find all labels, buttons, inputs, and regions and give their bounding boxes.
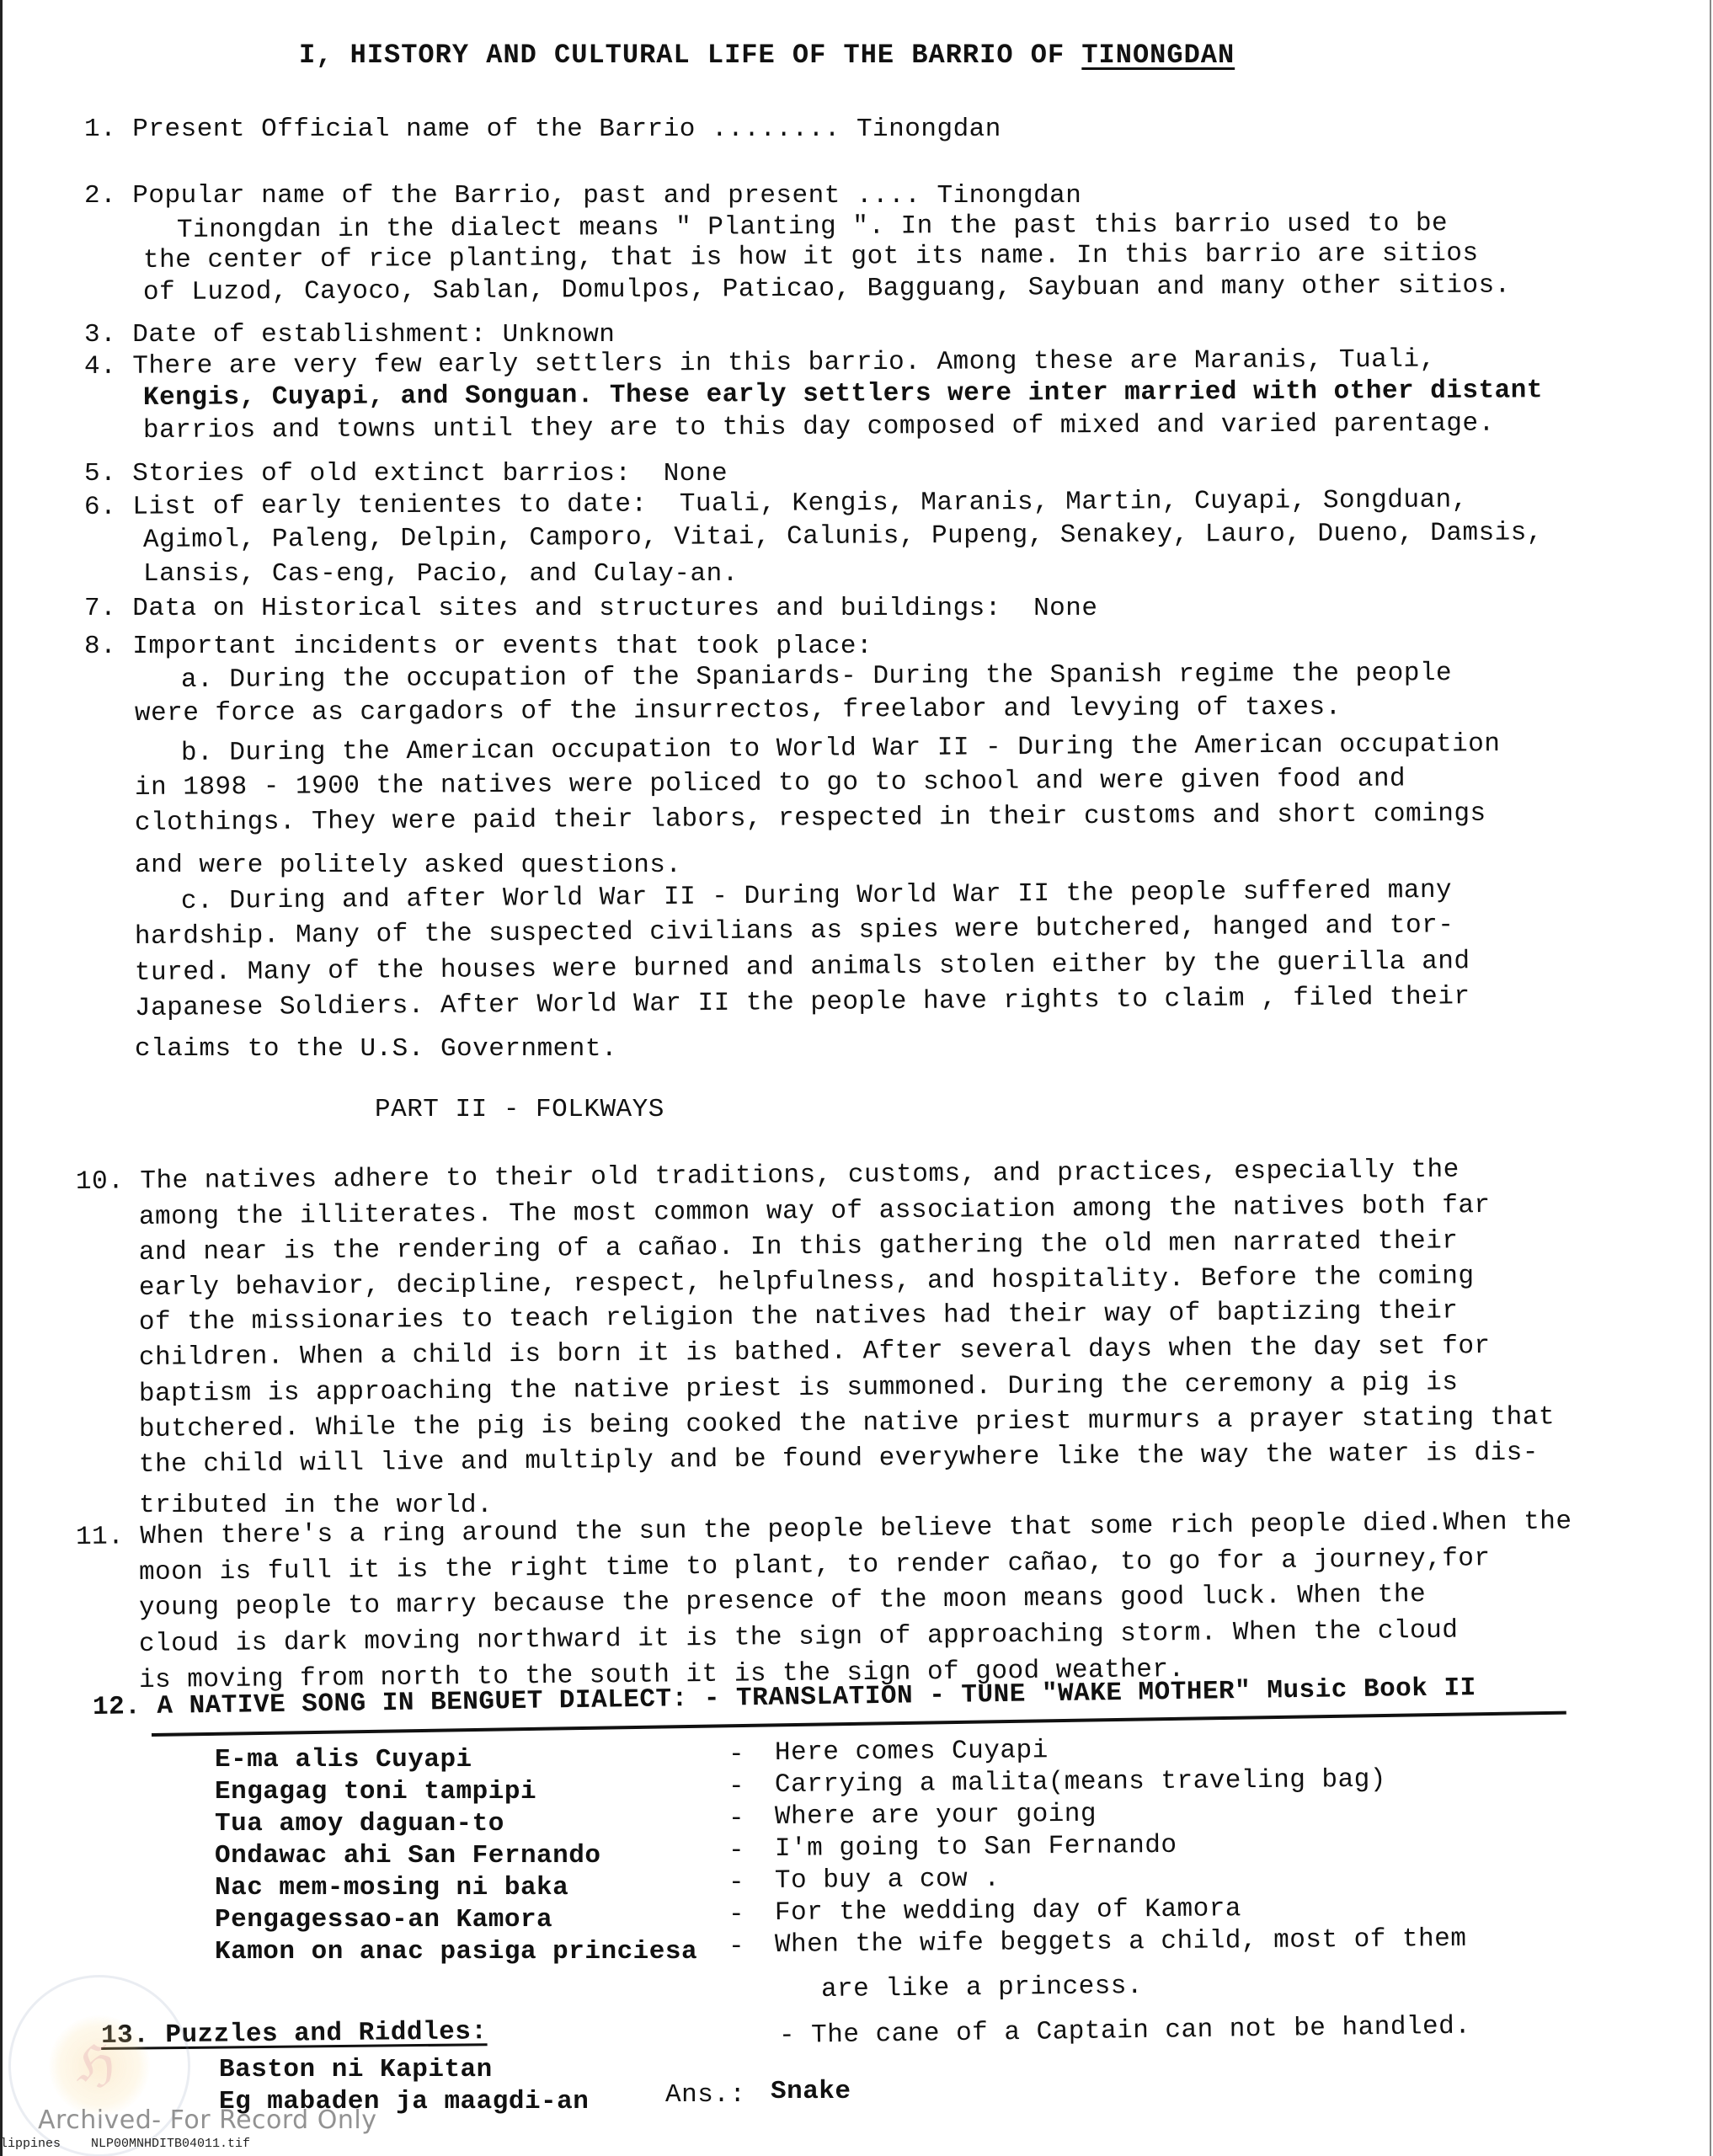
item-8b-line: b. During the American occupation to Wor… xyxy=(181,729,1501,769)
song-translation-continuation: are like a princess. xyxy=(821,1972,1143,2005)
song-dash: - xyxy=(728,1932,744,1962)
item-10-line: 10. The natives adhere to their old trad… xyxy=(76,1155,1460,1198)
song-translation-line: Where are your going xyxy=(775,1800,1097,1833)
song-translation-line: For the wedding day of Kamora xyxy=(775,1894,1241,1929)
archive-watermark: Archived- For Record Only xyxy=(38,2105,376,2135)
song-translation-line: I'm going to San Fernando xyxy=(775,1831,1177,1865)
document-title: I, HISTORY AND CULTURAL LIFE OF THE BARR… xyxy=(299,40,1235,71)
item-8b-line: clothings. They were paid their labors, … xyxy=(135,799,1486,839)
item-8b-line: and were politely asked questions. xyxy=(135,851,682,881)
item-8c-line: c. During and after World War II - Durin… xyxy=(181,876,1452,917)
item-7: 7. Data on Historical sites and structur… xyxy=(84,594,1098,624)
song-dash: - xyxy=(728,1836,744,1866)
song-dash: - xyxy=(728,1804,744,1834)
barrio-name: TINONGDAN xyxy=(1081,40,1235,71)
song-translation-line: To buy a cow . xyxy=(775,1865,1001,1897)
song-translation-line: Carrying a malita(means traveling bag) xyxy=(775,1765,1386,1801)
item-8c-line: hardship. Many of the suspected civilian… xyxy=(135,910,1454,953)
scan-footer: lippines NLP00MNHDITB04011.tif xyxy=(0,2137,250,2151)
song-translation-line: Here comes Cuyapi xyxy=(775,1736,1049,1769)
item-10-line: the child will live and multiply and be … xyxy=(139,1438,1539,1481)
item-5: 5. Stories of old extinct barrios: None xyxy=(84,459,728,489)
item-8b-line: in 1898 - 1900 the natives were policed … xyxy=(135,764,1406,803)
item-8c-line: claims to the U.S. Government. xyxy=(135,1034,617,1065)
item-1: 1. Present Official name of the Barrio .… xyxy=(84,115,1001,145)
item-11-line: cloud is dark moving northward it is the… xyxy=(139,1616,1459,1660)
item-10-line: of the missionaries to teach religion th… xyxy=(139,1296,1459,1338)
song-dash: - xyxy=(728,1740,744,1770)
riddle-answer: Snake xyxy=(771,2077,851,2107)
item-6-line: 6. List of early tenientes to date: Tual… xyxy=(84,485,1468,523)
item-4-line: Kengis, Cuyapi, and Songuan. These early… xyxy=(143,376,1543,414)
song-native-line: Engagag toni tampipi xyxy=(215,1777,536,1807)
item-2-line: the center of rice planting, that is how… xyxy=(143,239,1479,276)
item-10-line: baptism is approaching the native priest… xyxy=(139,1368,1459,1410)
song-native-line: Ondawac ahi San Fernando xyxy=(215,1841,600,1871)
item-2-line: of Luzod, Cayoco, Sablan, Domulpos, Pati… xyxy=(143,270,1511,308)
song-native-line: Pengagessao-an Kamora xyxy=(215,1905,552,1935)
riddle-line-1: Baston ni Kapitan xyxy=(219,2055,493,2085)
song-native-line: Kamon on anac pasiga princiesa xyxy=(215,1937,697,1967)
song-dash: - xyxy=(728,1868,744,1898)
item-10-line: butchered. While the pig is being cooked… xyxy=(139,1402,1555,1445)
item-8a-line: were force as cargadors of the insurrect… xyxy=(135,692,1342,729)
riddle-answer-label: Ans.: xyxy=(665,2080,746,2111)
item-3: 3. Date of establishment: Unknown xyxy=(84,320,615,350)
song-dash: - xyxy=(728,1900,744,1930)
item-4-line: barrios and towns until they are to this… xyxy=(143,409,1495,446)
footer-filename: NLP00MNHDITB04011.tif xyxy=(91,2137,250,2151)
item-10-line: tributed in the world. xyxy=(139,1491,493,1521)
song-native-line: E-ma alis Cuyapi xyxy=(215,1745,472,1775)
item-6-line: Lansis, Cas-eng, Pacio, and Culay-an. xyxy=(143,559,739,590)
song-native-line: Tua amoy daguan-to xyxy=(215,1809,504,1839)
song-translation-line: When the wife beggets a child, most of t… xyxy=(775,1924,1467,1961)
title-text: I, HISTORY AND CULTURAL LIFE OF THE BARR… xyxy=(299,40,1081,71)
item-8c-line: Japanese Soldiers. After World War II th… xyxy=(135,982,1470,1024)
item-10-line: and near is the rendering of a cañao. In… xyxy=(139,1226,1459,1268)
item-10-line: children. When a child is born it is bat… xyxy=(139,1331,1491,1374)
item-8: 8. Important incidents or events that to… xyxy=(84,632,873,662)
item-2: 2. Popular name of the Barrio, past and … xyxy=(84,181,1081,211)
song-dash: - xyxy=(728,1772,744,1802)
song-native-line: Nac mem-mosing ni baka xyxy=(215,1873,568,1903)
scan-border-left xyxy=(0,0,3,2156)
part-2-heading: PART II - FOLKWAYS xyxy=(375,1095,664,1125)
footer-prefix: lippines xyxy=(0,2137,61,2151)
item-6-line: Agimol, Paleng, Delpin, Camporo, Vitai, … xyxy=(143,518,1543,556)
riddle-translation: - The cane of a Captain can not be handl… xyxy=(779,2012,1471,2052)
item-11-line: young people to marry because the presen… xyxy=(139,1580,1427,1624)
item-10-line: among the illiterates. The most common w… xyxy=(139,1191,1491,1233)
scan-border-right xyxy=(1710,0,1711,2156)
item-8c-line: tured. Many of the houses were burned an… xyxy=(135,947,1470,989)
item-8a-line: a. During the occupation of the Spaniard… xyxy=(181,659,1452,696)
